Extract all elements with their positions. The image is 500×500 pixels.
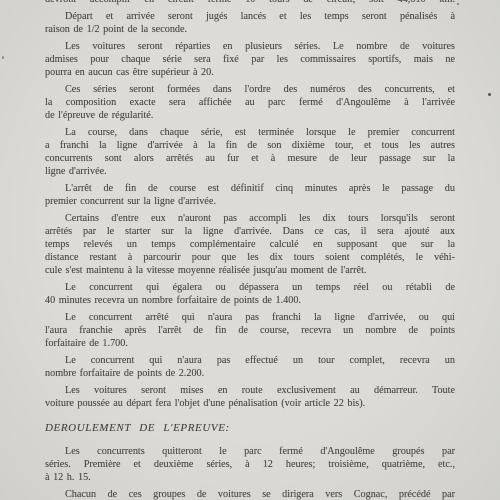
text-column: devront accomplir en circuit fermé 10 to… bbox=[45, 0, 455, 500]
paragraph: Les voitures seront réparties en plusieu… bbox=[45, 40, 455, 79]
paragraph: L'arrêt de fin de course est définitif c… bbox=[45, 182, 455, 208]
paragraph: Certains d'entre eux n'auront pas accomp… bbox=[45, 212, 455, 277]
paragraph: Le concurrent qui égalera ou dépassera u… bbox=[45, 281, 455, 307]
text-line: concurrents sont alors arrêtés au fur et… bbox=[45, 152, 455, 165]
text-line: Le concurrent qui n'aura pas effectué un… bbox=[45, 354, 455, 367]
paragraph: Les voitures seront mises en route exclu… bbox=[45, 384, 455, 410]
text-line: 40 minutes recevra un nombre forfaitaire… bbox=[45, 294, 455, 307]
text-line: Départ et arrivée seront jugés lancés et… bbox=[45, 10, 455, 23]
text-line: temps relevés un temps complémentaire ca… bbox=[45, 238, 455, 251]
text-line: L'arrêt de fin de course est définitif c… bbox=[45, 182, 455, 195]
text-line: arrêtés par le starter sur la ligne d'ar… bbox=[45, 225, 455, 238]
text-line: l'aura franchie après l'arrêt de fin de … bbox=[45, 324, 455, 337]
text-line: pourra en aucun cas être supérieur à 20. bbox=[45, 66, 455, 79]
document-page: devront accomplir en circuit fermé 10 to… bbox=[0, 0, 500, 500]
paragraph: Les concurrents quitteront le parc fermé… bbox=[45, 445, 455, 484]
text-line: forfaitaire de 1.700. bbox=[45, 337, 455, 350]
section-heading: DEROULEMENT DE L'EPREUVE: bbox=[45, 422, 455, 435]
scan-speck bbox=[488, 93, 491, 96]
text-line: a franchi la ligne d'arrivée à la fin de… bbox=[45, 139, 455, 152]
text-line: voiture poussée au départ fera l'objet d… bbox=[45, 397, 455, 410]
scan-speck bbox=[457, 3, 459, 5]
scan-speck bbox=[2, 56, 4, 59]
text-line: Le concurrent arrêté qui n'aura pas fran… bbox=[45, 311, 455, 324]
paragraph: Chacun de ces groupes de voitures se dir… bbox=[45, 488, 455, 500]
text-line: raison de 1/2 point de la seconde. bbox=[45, 23, 455, 36]
text-line: à 12 h. 15. bbox=[45, 471, 455, 484]
text-line: Le concurrent qui égalera ou dépassera u… bbox=[45, 281, 455, 294]
text-line: ligne d'arrivée. bbox=[45, 165, 455, 178]
paragraph: Le concurrent qui n'aura pas effectué un… bbox=[45, 354, 455, 380]
text-line: admises pour chaque série sera fixé par … bbox=[45, 53, 455, 66]
text-line: La course, dans chaque série, est termin… bbox=[45, 126, 455, 139]
text-line: Les voitures seront réparties en plusieu… bbox=[45, 40, 455, 53]
text-line: nombre forfaitaire de points de 2.200. bbox=[45, 367, 455, 380]
text-line: Ces séries seront formées dans l'ordre d… bbox=[45, 83, 455, 96]
text-line: Chacun de ces groupes de voitures se dir… bbox=[45, 488, 455, 500]
paragraph: La course, dans chaque série, est termin… bbox=[45, 126, 455, 178]
text-line: distance restant à parcourir pour que le… bbox=[45, 251, 455, 264]
text-line: Les concurrents quitteront le parc fermé… bbox=[45, 445, 455, 458]
text-line: Les voitures seront mises en route exclu… bbox=[45, 384, 455, 397]
paragraph: devront accomplir en circuit fermé 10 to… bbox=[45, 0, 455, 6]
text-line: de l'épreuve de régularité. bbox=[45, 109, 455, 122]
text-line: devront accomplir en circuit fermé 10 to… bbox=[45, 0, 455, 6]
text-line: séries. Première et deuxième séries, à 1… bbox=[45, 458, 455, 471]
text-line: DEROULEMENT DE L'EPREUVE: bbox=[45, 422, 455, 435]
text-line: Certains d'entre eux n'auront pas accomp… bbox=[45, 212, 455, 225]
paragraph: Ces séries seront formées dans l'ordre d… bbox=[45, 83, 455, 122]
text-line: cule s'est maintenu à la vitesse moyenne… bbox=[45, 264, 455, 277]
paragraph: Le concurrent arrêté qui n'aura pas fran… bbox=[45, 311, 455, 350]
text-line: premier concurrent sur la ligne d'arrivé… bbox=[45, 195, 455, 208]
text-line: la composition exacte sera affichée au p… bbox=[45, 96, 455, 109]
paragraph: Départ et arrivée seront jugés lancés et… bbox=[45, 10, 455, 36]
